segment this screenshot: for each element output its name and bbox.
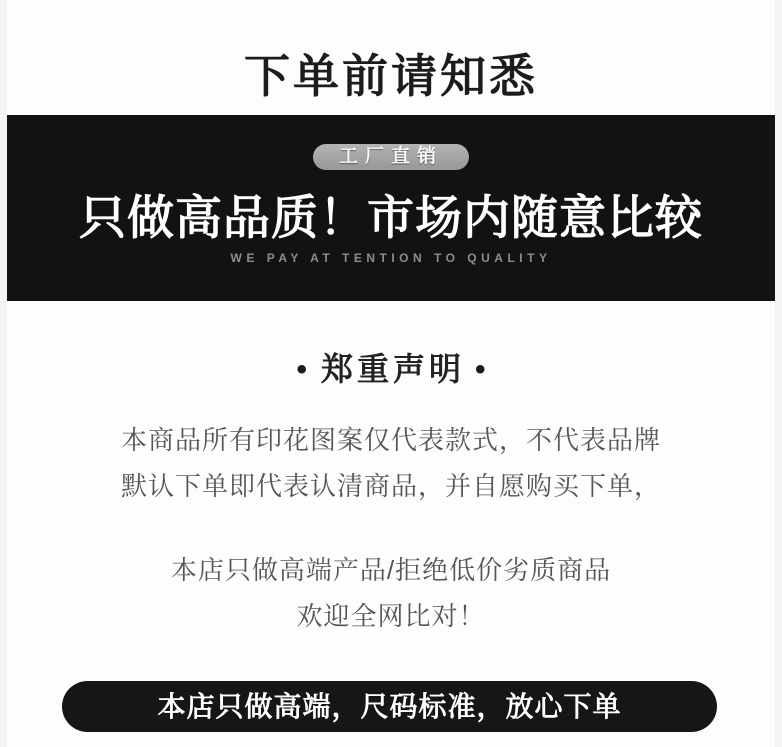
- statement-p1-line1: 本商品所有印花图案仅代表款式，不代表品牌: [121, 425, 661, 455]
- page-title: 下单前请知悉: [0, 40, 782, 106]
- banner-subheadline: WE PAY AT TENTION TO QUALITY: [0, 251, 782, 265]
- right-bullet-dot: •: [475, 353, 486, 387]
- left-bullet-dot: •: [296, 353, 307, 387]
- factory-direct-badge: 工厂直销: [313, 144, 469, 170]
- footer-assurance-pill: 本店只做高端，尺码标准，放心下单: [62, 681, 717, 732]
- statement-paragraph-2: 本店只做高端产品/拒绝低价劣质商品 欢迎全网比对！: [0, 547, 782, 639]
- order-notice-poster: 下单前请知悉 工厂直销 只做高品质！市场内随意比较 WE PAY AT TENT…: [0, 0, 782, 747]
- banner-headline: 只做高品质！市场内随意比较: [0, 181, 782, 248]
- statement-title: •郑重声明•: [0, 344, 782, 390]
- quality-banner: 工厂直销 只做高品质！市场内随意比较 WE PAY AT TENTION TO …: [0, 115, 782, 301]
- statement-title-text: 郑重声明: [321, 351, 465, 387]
- statement-p1-line2: 默认下单即代表认清商品，并自愿购买下单，: [121, 471, 661, 501]
- statement-p2-line1: 本店只做高端产品/拒绝低价劣质商品: [171, 555, 611, 585]
- statement-paragraph-1: 本商品所有印花图案仅代表款式，不代表品牌 默认下单即代表认清商品，并自愿购买下单…: [0, 417, 782, 509]
- statement-p2-line2: 欢迎全网比对！: [296, 601, 485, 631]
